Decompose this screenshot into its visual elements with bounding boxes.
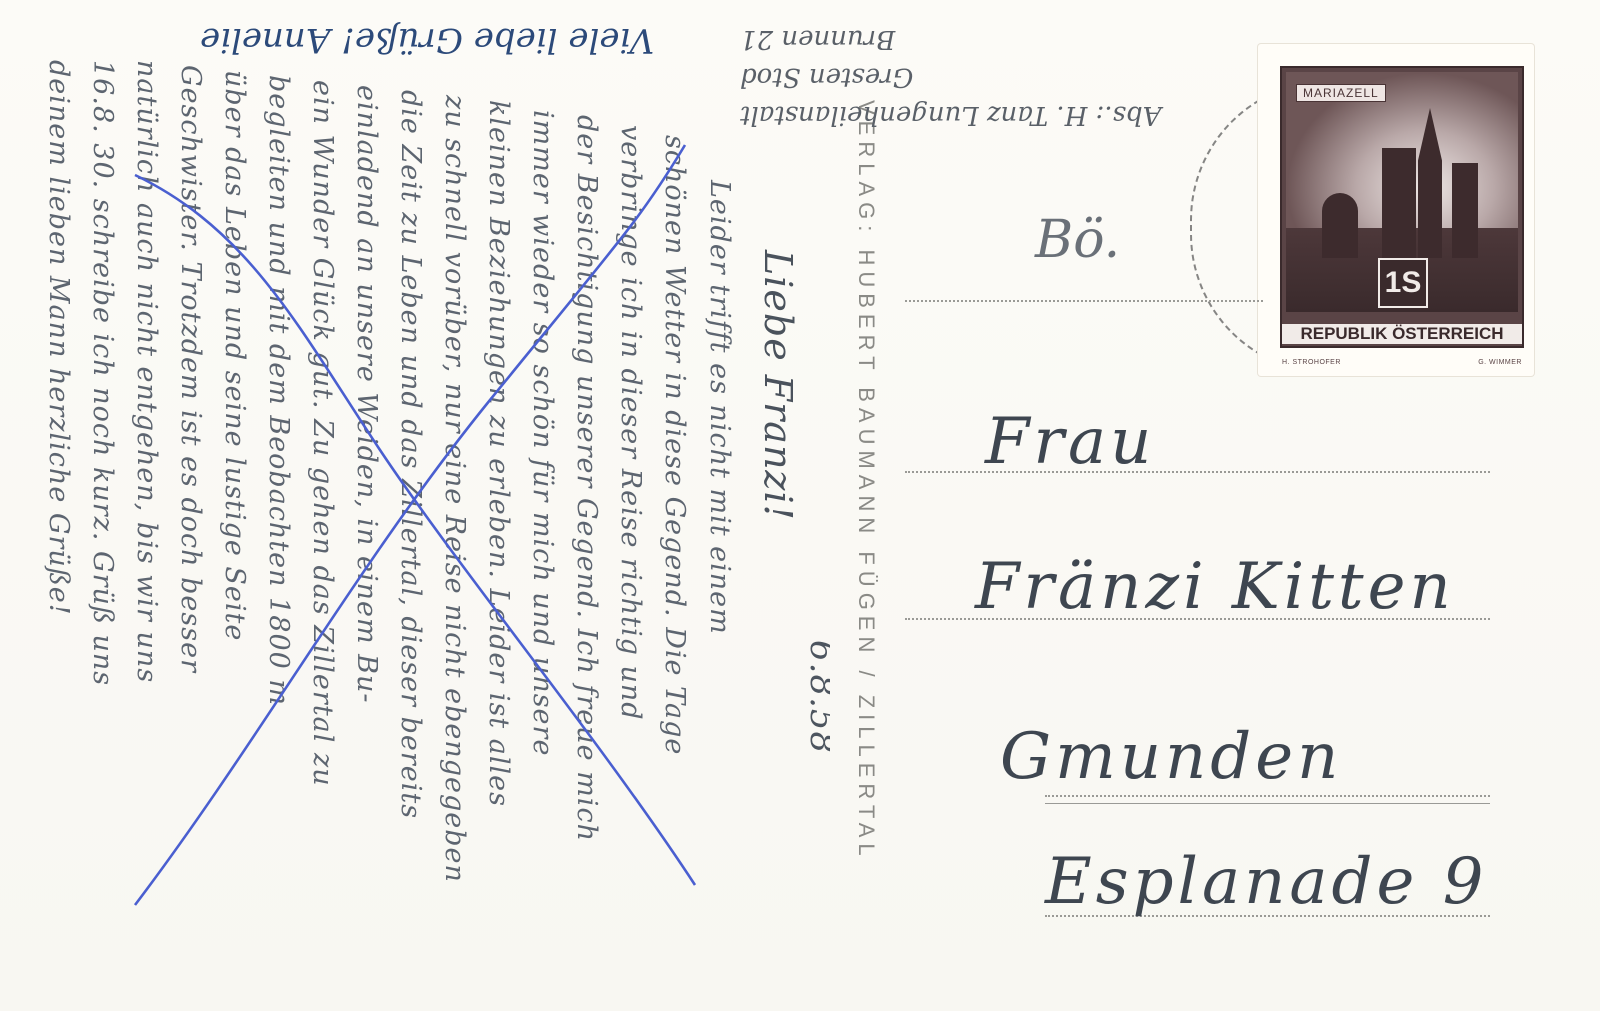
message-line: die Zeit zu Leben und das Zillertal, die…: [395, 90, 426, 819]
sender-note-line: Abs.: H. Tanz Lungenheilanstalt: [740, 96, 1260, 134]
sender-note-line: Gresten Stod: [740, 58, 1260, 96]
message-line: verbringe ich in dieser Reise richtig un…: [615, 125, 646, 721]
closing-upside-down: Viele liebe Grüße! Annelie: [200, 20, 654, 60]
address-rule: [905, 300, 1263, 302]
church-tower-icon: [1382, 148, 1416, 258]
message-line: schönen Wetter in diese Gegend. Die Tage: [659, 135, 690, 755]
stamp-engraver: G. WIMMER: [1478, 359, 1522, 366]
dome-icon: [1322, 193, 1358, 258]
message-line: Geschwister. Trotzdem ist es doch besser: [175, 65, 206, 673]
message-line: 16.8. 30. schreibe ich noch kurz. Grüß u…: [87, 60, 118, 686]
greeting: Liebe Franzi!: [756, 250, 800, 521]
church-tower-icon: [1452, 163, 1478, 258]
message-line: einladend an unsere Weiden, in einem Bu-: [351, 85, 382, 704]
postcard-back: Viele liebe Grüße! Annelie Liebe Franzi!…: [0, 0, 1600, 1011]
message-area: Viele liebe Grüße! Annelie Liebe Franzi!…: [0, 0, 830, 1011]
stamp-place: MARIAZELL: [1296, 84, 1386, 102]
message-line: natürlich auch nicht entgehen, bis wir u…: [131, 60, 162, 683]
initials: Bö.: [1035, 210, 1120, 270]
address-rule: [1045, 795, 1490, 797]
stamp-designer: H. STROHOFER: [1282, 359, 1341, 366]
message-line: über das Leben und seine lustige Seite: [219, 70, 250, 641]
address-name: Fränzi Kitten: [975, 550, 1455, 624]
sender-notes: Abs.: H. Tanz Lungenheilanstalt Gresten …: [740, 20, 1260, 134]
message-line: deinem lieben Mann herzliche Grüße!: [43, 60, 74, 616]
postage-stamp: MARIAZELL 1S REPUBLIK ÖSTERREICH H. STRO…: [1258, 44, 1534, 376]
message-line: immer wieder so schön für mich und unser…: [527, 110, 558, 756]
stamp-value: 1S: [1378, 258, 1428, 308]
message-line: der Besichtigung unserer Gegend. Ich fre…: [571, 115, 602, 842]
address-underline: [1045, 803, 1490, 804]
message-line: kleinen Beziehungen zu erleben. Leider i…: [483, 100, 514, 807]
stamp-country: REPUBLIK ÖSTERREICH: [1282, 324, 1522, 344]
stamp-image: MARIAZELL 1S REPUBLIK ÖSTERREICH: [1280, 66, 1524, 348]
message-line: begleiten und mit dem Beobachten 1800 m: [263, 75, 294, 706]
message-date: 6.8.58: [802, 640, 830, 754]
sender-note-line: Brunnen 21: [740, 20, 1260, 58]
message-line: Leider trifft es nicht mit einem: [704, 180, 735, 635]
publisher-imprint: VERLAG: HUBERT BAUMANN FÜGEN / ZILLERTAL: [853, 100, 879, 862]
message-line: zu schnell vorüber, nur eine Reise nicht…: [439, 95, 470, 883]
address-salutation: Frau: [985, 405, 1155, 479]
address-street: Esplanade 9: [1045, 845, 1487, 919]
address-city: Gmunden: [1000, 720, 1342, 794]
message-line: ein Wunder Glück gut. Zu gehen das Zille…: [307, 80, 338, 787]
